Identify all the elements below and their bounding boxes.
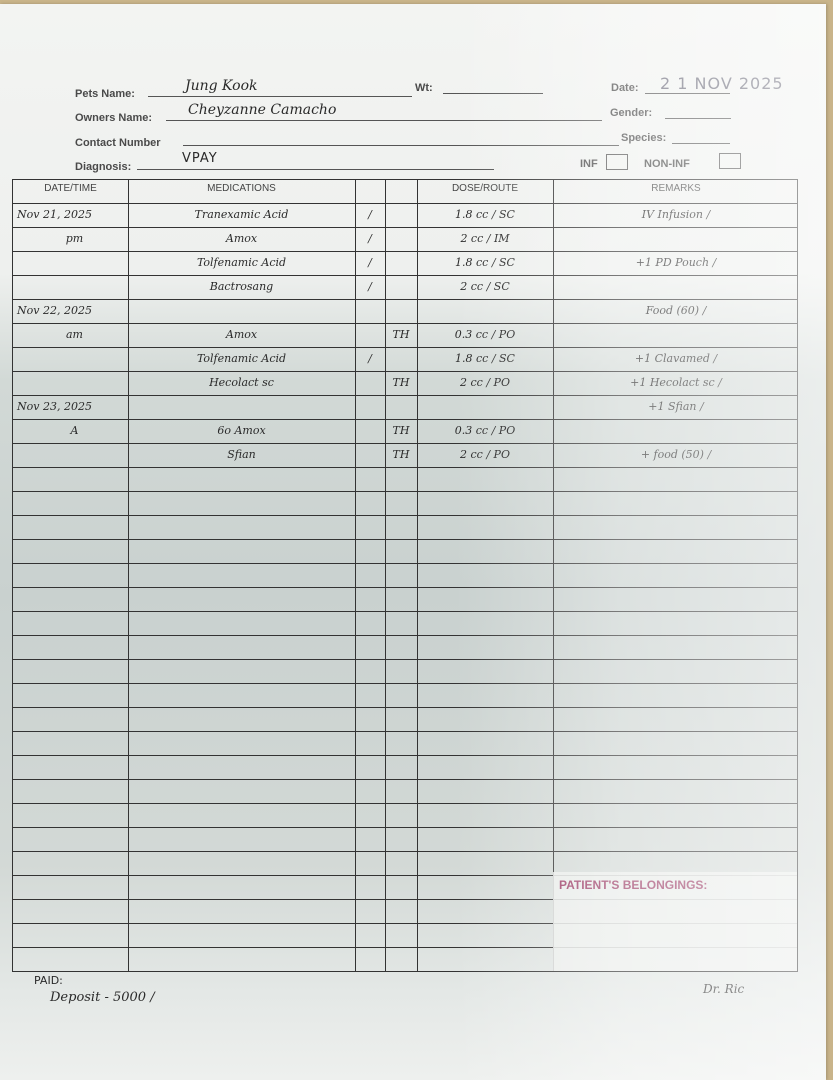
row-line [13, 347, 797, 348]
diagnosis-line [137, 169, 494, 170]
row-line [13, 659, 797, 660]
initials-cell[interactable]: TH [385, 424, 417, 437]
initials-cell[interactable]: TH [385, 376, 417, 389]
inf-checkbox[interactable] [606, 154, 628, 170]
date-label: Date: [611, 82, 639, 94]
row-line [13, 755, 797, 756]
dose-cell[interactable]: 0.3 cc / PO [417, 424, 553, 437]
row-line [13, 227, 797, 228]
row-line [13, 419, 797, 420]
remarks-cell[interactable]: +1 Clavamed / [553, 352, 799, 365]
medication-cell[interactable]: Tranexamic Acid [128, 208, 355, 221]
species-label: Species: [621, 132, 666, 144]
row-line [13, 323, 797, 324]
row-line [13, 371, 797, 372]
date-cell[interactable]: pm [13, 232, 132, 245]
check-cell[interactable]: / [355, 232, 385, 245]
treatment-sheet: Pets Name: Jung Kook Wt: Date: 2 1 NOV 2… [0, 4, 826, 1080]
inf-label: INF [580, 158, 598, 170]
owners-name-line [166, 120, 602, 121]
remarks-cell[interactable]: +1 Sfian / [553, 400, 799, 413]
check-cell[interactable]: / [355, 352, 385, 365]
row-line [13, 587, 797, 588]
date-cell[interactable]: am [13, 328, 132, 341]
row-line [13, 683, 797, 684]
dose-cell[interactable]: 2 cc / SC [417, 280, 553, 293]
date-cell[interactable]: A [13, 424, 132, 437]
row-line [13, 515, 797, 516]
row-line [13, 251, 797, 252]
date-stamp[interactable]: 2 1 NOV 2025 [660, 74, 784, 93]
pets-name-label: Pets Name: [75, 88, 135, 100]
remarks-cell[interactable]: Food (60) / [553, 304, 799, 317]
date-line [645, 93, 730, 94]
dose-cell[interactable]: 0.3 cc / PO [417, 328, 553, 341]
row-line [13, 635, 797, 636]
check-cell[interactable]: / [355, 280, 385, 293]
non-inf-checkbox[interactable] [719, 153, 741, 169]
dose-cell[interactable]: 1.8 cc / SC [417, 208, 553, 221]
owners-name-value[interactable]: Cheyzanne Camacho [188, 102, 336, 118]
owners-name-label: Owners Name: [75, 112, 152, 124]
wt-label: Wt: [415, 82, 433, 94]
medication-cell[interactable]: Tolfenamic Acid [128, 256, 355, 269]
row-line [13, 491, 797, 492]
remarks-cell[interactable]: +1 Hecolact sc / [553, 376, 799, 389]
dose-cell[interactable]: 1.8 cc / SC [417, 352, 553, 365]
date-cell[interactable]: Nov 22, 2025 [13, 304, 132, 317]
row-line [13, 731, 797, 732]
patients-belongings-label: PATIENT'S BELONGINGS: [559, 878, 707, 892]
check-cell[interactable]: / [355, 256, 385, 269]
date-cell[interactable]: Nov 21, 2025 [13, 208, 132, 221]
contact-number-line[interactable] [183, 145, 619, 146]
row-line [13, 539, 797, 540]
column-header: MEDICATIONS [128, 183, 355, 194]
remarks-cell[interactable]: + food (50) / [553, 448, 799, 461]
row-line [13, 203, 797, 204]
pets-name-value[interactable]: Jung Kook [185, 78, 257, 94]
remarks-cell[interactable]: IV Infusion / [553, 208, 799, 221]
paid-note: PAID: [34, 974, 63, 987]
diagnosis-label: Diagnosis: [75, 161, 131, 173]
column-header: DATE/TIME [13, 183, 128, 194]
dose-cell[interactable]: 2 cc / PO [417, 376, 553, 389]
pets-name-line [148, 96, 412, 97]
column-header: DOSE/ROUTE [417, 183, 553, 194]
gender-label: Gender: [610, 107, 652, 119]
row-line [13, 611, 797, 612]
medication-cell[interactable]: Bactrosang [128, 280, 355, 293]
wt-line[interactable] [443, 93, 543, 94]
medication-cell[interactable]: Sfian [128, 448, 355, 461]
row-line [13, 779, 797, 780]
check-cell[interactable]: / [355, 208, 385, 221]
column-header: REMARKS [553, 183, 799, 194]
row-line [13, 443, 797, 444]
species-line[interactable] [672, 143, 730, 144]
medication-cell[interactable]: 6o Amox [128, 424, 355, 437]
row-line [13, 707, 797, 708]
dose-cell[interactable]: 1.8 cc / SC [417, 256, 553, 269]
medication-cell[interactable]: Tolfenamic Acid [128, 352, 355, 365]
medication-cell[interactable]: Amox [128, 328, 355, 341]
diagnosis-value[interactable]: VPAY [182, 151, 218, 166]
medication-cell[interactable]: Amox [128, 232, 355, 245]
row-line [13, 827, 797, 828]
deposit-note: Deposit - 5000 / [50, 990, 155, 1005]
row-line [13, 395, 797, 396]
initials-cell[interactable]: TH [385, 448, 417, 461]
initials-cell[interactable]: TH [385, 328, 417, 341]
date-cell[interactable]: Nov 23, 2025 [13, 400, 132, 413]
dose-cell[interactable]: 2 cc / PO [417, 448, 553, 461]
dose-cell[interactable]: 2 cc / IM [417, 232, 553, 245]
row-line [13, 299, 797, 300]
row-line [13, 851, 797, 852]
contact-number-label: Contact Number [75, 137, 161, 149]
medication-cell[interactable]: Hecolact sc [128, 376, 355, 389]
doctor-signature: Dr. Ric [703, 982, 744, 996]
gender-line[interactable] [665, 118, 731, 119]
row-line [13, 275, 797, 276]
row-line [13, 467, 797, 468]
remarks-cell[interactable]: +1 PD Pouch / [553, 256, 799, 269]
row-line [13, 563, 797, 564]
row-line [13, 803, 797, 804]
non-inf-label: NON-INF [644, 158, 690, 170]
medication-table: DATE/TIMEMEDICATIONSDOSE/ROUTEREMARKSNov… [12, 179, 798, 972]
